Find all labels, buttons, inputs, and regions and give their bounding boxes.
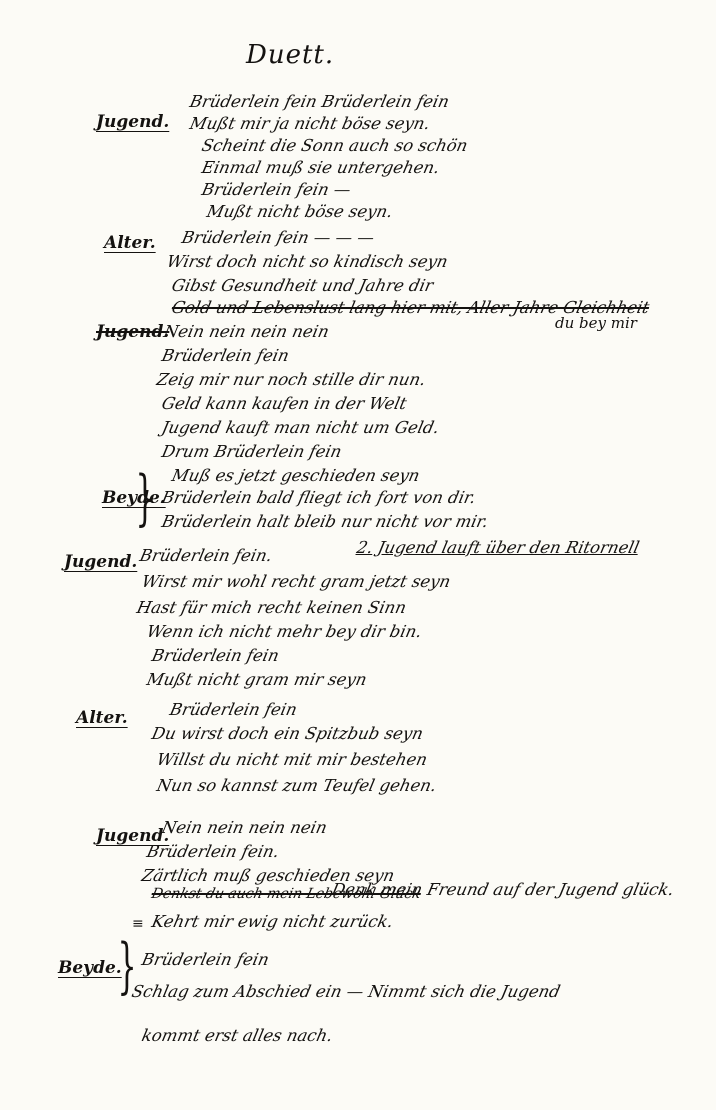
verse-line: Wirst doch nicht so kindisch seyn [165, 252, 450, 271]
verse-line: Nein nein nein nein [162, 322, 331, 341]
verse-line: Gibst Gesundheit und Jahre dir [170, 276, 435, 295]
verse-line: Wirst mir wohl recht gram jetzt seyn [140, 572, 452, 591]
brace-symbol: } [136, 468, 155, 528]
speaker-label: Jugend. [96, 112, 169, 132]
margin-note: du bey mir [555, 314, 637, 332]
verse-line: Mußt mir ja nicht böse seyn. [188, 114, 432, 133]
verse-line: Du wirst doch ein Spitzbub seyn [150, 724, 425, 743]
verse-line: Brüderlein fein [140, 950, 271, 969]
verse-line: Brüderlein halt bleib nur nicht vor mir. [160, 512, 490, 531]
verse-line: Zeig mir nur noch stille dir nun. [155, 370, 428, 389]
verse-line: Nun so kannst zum Teufel gehen. [155, 776, 438, 795]
verse-line: Geld kann kaufen in der Welt [160, 394, 409, 413]
verse-line: Brüderlein fein. [145, 842, 281, 861]
verse-line: Brüderlein fein [160, 346, 291, 365]
verse-line: Brüderlein fein. [138, 546, 274, 565]
verse-line: Brüderlein fein — — — [180, 228, 376, 247]
verse-line: Nein nein nein nein [160, 818, 329, 837]
insertion-mark: ≡ [132, 916, 144, 932]
verse-line: Mußt nicht böse seyn. [205, 202, 395, 221]
verse-line: Willst du nicht mit mir bestehen [155, 750, 429, 769]
verse-line: kommt erst alles nach. [140, 1026, 335, 1045]
speaker-label: Alter. [76, 708, 128, 728]
verse-line: Schlag zum Abschied ein — Nimmt sich die… [130, 982, 562, 1001]
verse-line: Scheint die Sonn auch so schön [200, 136, 469, 155]
verse-line: Brüderlein fein — [200, 180, 353, 199]
verse-line: Kehrt mir ewig nicht zurück. [150, 912, 395, 931]
verse-line: Drum Brüderlein fein [160, 442, 344, 461]
verse-line: Muß es jetzt geschieden seyn [170, 466, 421, 485]
speaker-label: Jugend. [64, 552, 137, 572]
manuscript-page: Duett. Jugend. Brüderlein fein Brüderlei… [0, 0, 716, 1110]
stage-direction: 2. Jugend lauft über den Ritornell [355, 538, 641, 557]
verse-line: Brüderlein bald fliegt ich fort von dir. [160, 488, 478, 507]
verse-line: Brüderlein fein Brüderlein fein [188, 92, 451, 111]
verse-line: Einmal muß sie untergehen. [200, 158, 441, 177]
verse-line: Wenn ich nicht mehr bey dir bin. [145, 622, 424, 641]
speaker-label: Jugend. [96, 322, 169, 342]
verse-line: Denk mein Freund auf der Jugend glück. [330, 880, 676, 899]
speaker-label: Alter. [104, 233, 156, 253]
verse-line: Hast für mich recht keinen Sinn [135, 598, 408, 617]
verse-line: Jugend kauft man nicht um Geld. [160, 418, 441, 437]
verse-line: Brüderlein fein [168, 700, 299, 719]
page-title: Duett. [246, 40, 334, 70]
verse-line: Brüderlein fein [150, 646, 281, 665]
speaker-label: Beyde. [102, 488, 166, 508]
speaker-label: Beyde. [58, 958, 122, 978]
verse-line: Mußt nicht gram mir seyn [145, 670, 369, 689]
